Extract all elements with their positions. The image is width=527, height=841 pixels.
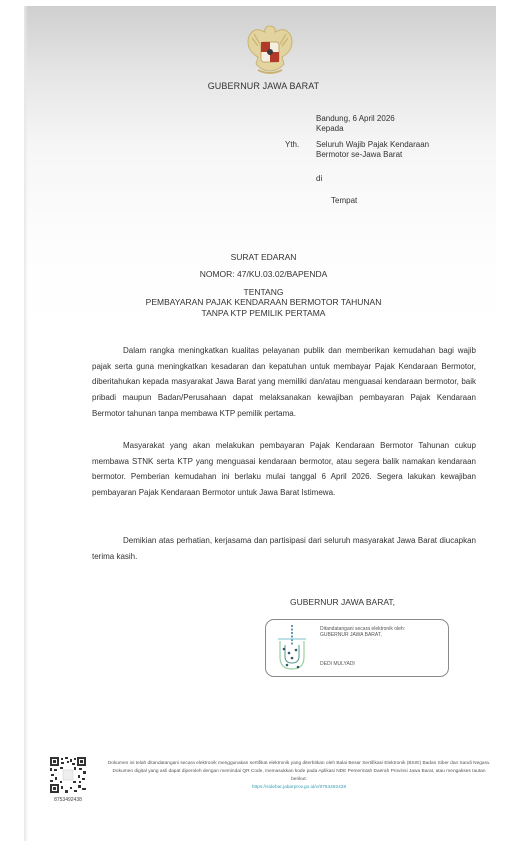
- letter-number: NOMOR: 47/KU.03.02/BAPENDA: [0, 269, 527, 279]
- qr-document-id: 8753492438: [46, 797, 90, 803]
- qr-code-icon[interactable]: [50, 757, 86, 793]
- tempat-label: Tempat: [331, 196, 357, 206]
- body-paragraph-2: Masyarakat yang akan melakukan pembayara…: [92, 438, 476, 501]
- footer-note: Dokumen ini telah ditandatangani secara …: [104, 760, 494, 792]
- place-date: Bandung, 6 April 2026: [316, 114, 395, 124]
- di-label: di: [316, 174, 322, 184]
- institution-heading: GUBERNUR JAWA BARAT: [0, 81, 527, 91]
- letter-type: SURAT EDARAN: [0, 252, 527, 262]
- recipient-line-2: Bermotor se-Jawa Barat: [316, 150, 476, 160]
- subject-line-1: PEMBAYARAN PAJAK KENDARAAN BERMOTOR TAHU…: [0, 297, 527, 307]
- letter-page: [24, 6, 496, 841]
- verification-link[interactable]: https://sidebar.jabarprov.go.id/v/875349…: [252, 785, 346, 790]
- about-label: TENTANG: [0, 287, 527, 297]
- body-paragraph-3: Demikian atas perhatian, kerjasama dan p…: [92, 533, 476, 564]
- subject-line-2: TANPA KTP PEMILIK PERTAMA: [0, 308, 527, 318]
- recipient-line-1: Seluruh Wajib Pajak Kendaraan: [316, 140, 476, 150]
- signed-role: GUBERNUR JAWA BARAT,: [320, 632, 382, 638]
- electronic-signature-box: Ditandatangani secara elektronik oleh: G…: [265, 619, 449, 677]
- body-paragraph-1: Dalam rangka meningkatkan kualitas pelay…: [92, 343, 476, 422]
- yth-label: Yth.: [285, 140, 299, 150]
- recipient: Seluruh Wajib Pajak Kendaraan Bermotor s…: [316, 140, 476, 160]
- bsre-signature-logo-icon: [274, 623, 310, 673]
- signature-title: GUBERNUR JAWA BARAT,: [290, 597, 395, 607]
- to-label: Kepada: [316, 124, 344, 134]
- garuda-emblem-icon: [244, 22, 296, 78]
- footer-note-text: Dokumen ini telah ditandatangani secara …: [108, 761, 490, 782]
- signer-name: DEDI MULYADI: [320, 661, 355, 667]
